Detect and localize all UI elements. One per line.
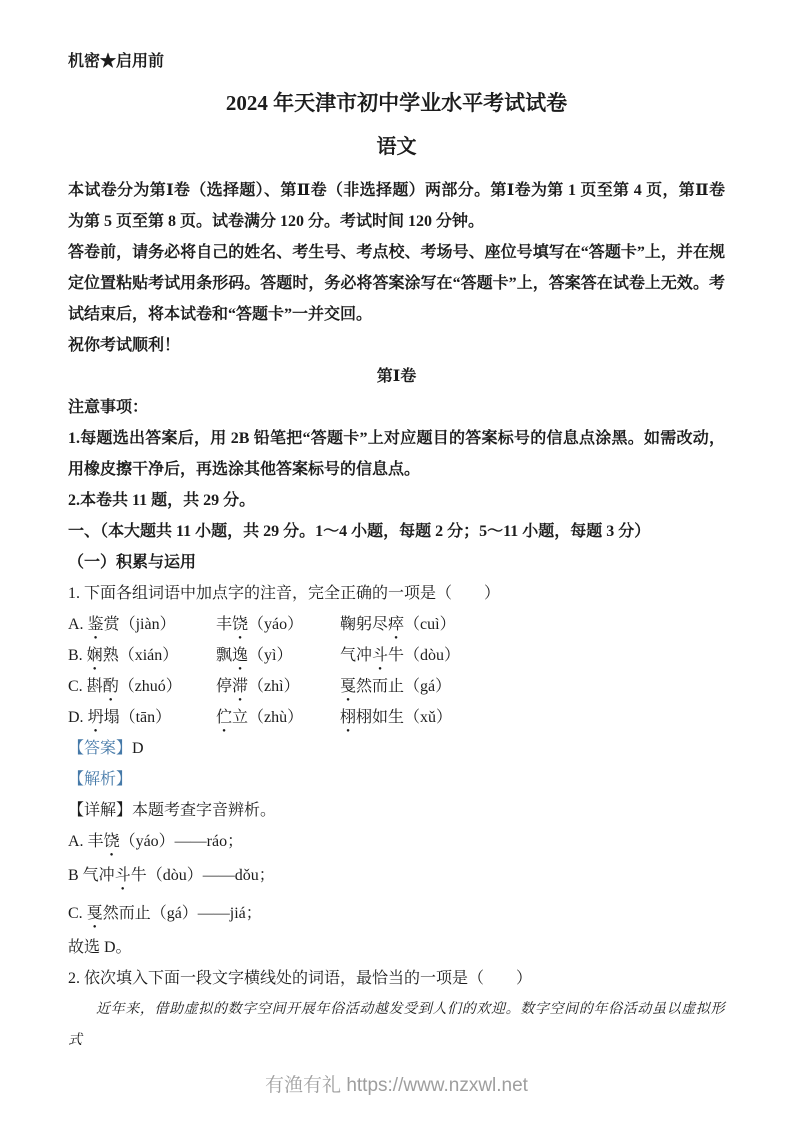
answer-label: 【答案】 [68, 740, 132, 757]
classification-label: 机密★启用前 [68, 46, 725, 77]
option-word: 气冲斗牛（dòu） [340, 640, 725, 671]
note-2: 2.本卷共 11 题，共 29 分。 [68, 485, 725, 516]
exam-paper-page: 机密★启用前 2024 年天津市初中学业水平考试试卷 语文 本试卷分为第Ⅰ卷（选… [0, 0, 793, 1122]
note-1: 1.每题选出答案后，用 2B 铅笔把“答题卡”上对应题目的答案标号的信息点涂黑。… [68, 423, 725, 485]
detail-conclusion: 故选 D。 [68, 932, 725, 963]
question-2-stem: 2. 依次填入下面一段文字横线处的词语，最恰当的一项是（ ） [68, 963, 725, 994]
option-word: A. 鉴赏（jiàn） [68, 609, 216, 640]
option-word: 伫立（zhù） [216, 702, 340, 733]
question-1-option-a: A. 鉴赏（jiàn） 丰饶（yáo） 鞠躬尽瘁（cuì） [68, 609, 725, 640]
option-word: D. 坍塌（tān） [68, 702, 216, 733]
watermark-footer: 有渔有礼 https://www.nzxwl.net [0, 1074, 793, 1098]
answer-value: D [132, 740, 144, 757]
intro-paragraph-2: 答卷前，请务必将自己的姓名、考生号、考点校、考场号、座位号填写在“答题卡”上，并… [68, 237, 725, 330]
question-1-option-c: C. 斟酌（zhuó） 停滞（zhì） 戛然而止（gá） [68, 671, 725, 702]
notes-heading: 注意事项： [68, 392, 725, 423]
option-word: 栩栩如生（xǔ） [340, 702, 725, 733]
intro-paragraph-1: 本试卷分为第Ⅰ卷（选择题）、第Ⅱ卷（非选择题）两部分。第Ⅰ卷为第 1 页至第 4… [68, 175, 725, 237]
detail-line-a: A. 丰饶（yáo）——ráo； [68, 826, 725, 857]
section-heading: 一、（本大题共 11 小题，共 29 分。1～4 小题，每题 2 分；5～11 … [68, 516, 725, 547]
question-1-stem: 1. 下面各组词语中加点字的注音，完全正确的一项是（ ） [68, 578, 725, 609]
subject-title: 语文 [68, 133, 725, 161]
page-title: 2024 年天津市初中学业水平考试试卷 [68, 89, 725, 117]
intro-paragraph-3: 祝你考试顺利！ [68, 330, 725, 361]
subsection-heading: （一）积累与运用 [68, 547, 725, 578]
option-word: 鞠躬尽瘁（cuì） [340, 609, 725, 640]
option-word: B. 娴熟（xián） [68, 640, 216, 671]
question-1-option-d: D. 坍塌（tān） 伫立（zhù） 栩栩如生（xǔ） [68, 702, 725, 733]
answer-line: 【答案】D [68, 733, 725, 764]
option-word: 戛然而止（gá） [340, 671, 725, 702]
part1-heading: 第Ⅰ卷 [68, 361, 725, 392]
analysis-label: 【解析】 [68, 764, 725, 795]
option-word: C. 斟酌（zhuó） [68, 671, 216, 702]
option-word: 飘逸（yì） [216, 640, 340, 671]
detail-line-b: B 气冲斗牛（dòu）——dǒu； [68, 860, 725, 891]
option-word: 停滞（zhì） [216, 671, 340, 702]
option-word: 丰饶（yáo） [216, 609, 340, 640]
question-2-passage: 近年来，借助虚拟的数字空间开展年俗活动越发受到人们的欢迎。数字空间的年俗活动虽以… [68, 994, 725, 1056]
detail-heading-line: 【详解】本题考查字音辨析。 [68, 795, 725, 826]
detail-line-c: C. 戛然而止（gá）——jiá； [68, 898, 725, 929]
question-1-option-b: B. 娴熟（xián） 飘逸（yì） 气冲斗牛（dòu） [68, 640, 725, 671]
